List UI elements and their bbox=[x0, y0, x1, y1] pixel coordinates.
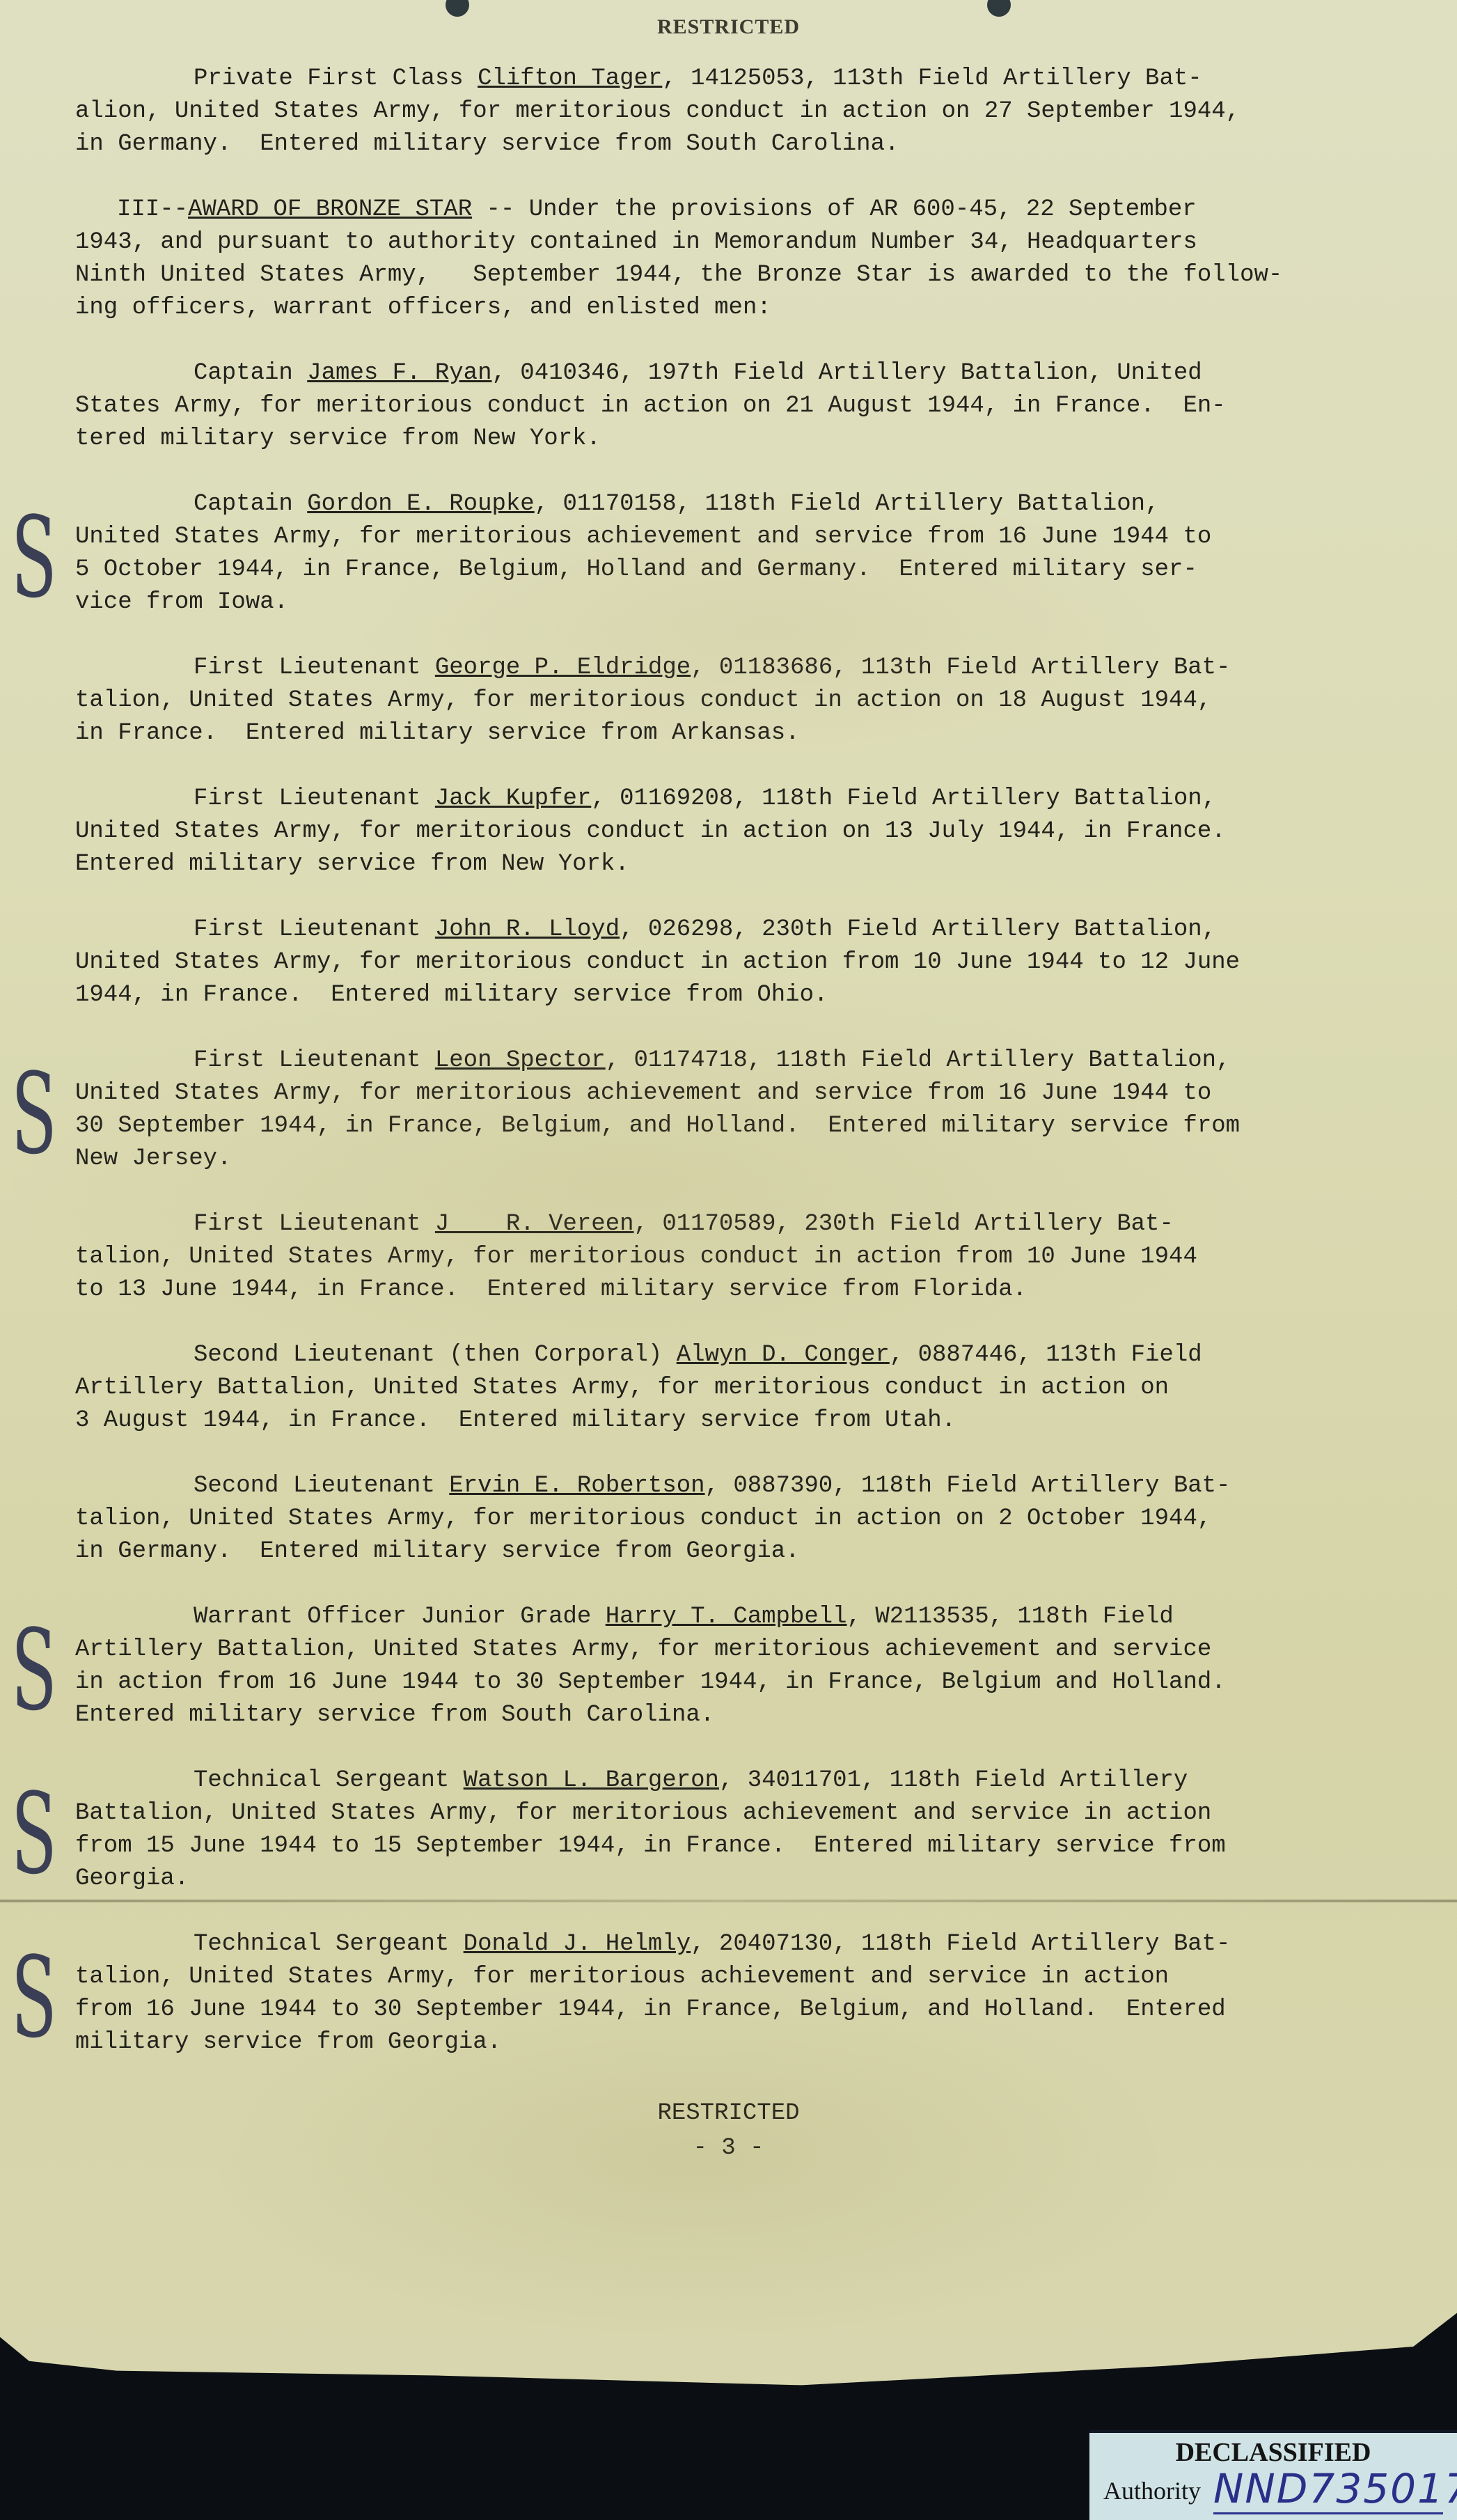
recipient-name: Leon Spector bbox=[435, 1047, 606, 1074]
citation-paragraph: First Lieutenant Jack Kupfer, 01169208, … bbox=[75, 783, 1384, 881]
citation-paragraph: Private First Class Clifton Tager, 14125… bbox=[75, 63, 1384, 161]
recipient-name: Alwyn D. Conger bbox=[677, 1342, 890, 1368]
recipient-name: Clifton Tager bbox=[478, 65, 662, 92]
declassified-stamp: DECLASSIFIED Authority NND735017 bbox=[1089, 2430, 1457, 2520]
recipient-name: James F. Ryan bbox=[307, 360, 491, 386]
citation-paragraph: First Lieutenant Leon Spector, 01174718,… bbox=[75, 1044, 1384, 1175]
recipient-name: Harry T. Campbell bbox=[606, 1604, 847, 1630]
stamp-title: DECLASSIFIED bbox=[1089, 2437, 1457, 2468]
paper-fold-crease bbox=[0, 1900, 1457, 1902]
recipient-name: George P. Eldridge bbox=[435, 655, 691, 681]
citation-prefix: Captain bbox=[194, 360, 307, 386]
citation-paragraph: First Lieutenant George P. Eldridge, 011… bbox=[75, 652, 1384, 750]
handwritten-margin-mark: S bbox=[11, 1615, 45, 1726]
award-section-heading: III--AWARD OF BRONZE STAR -- Under the p… bbox=[75, 194, 1384, 324]
citation-prefix: Private First Class bbox=[194, 65, 478, 92]
recipient-name: Ervin E. Robertson bbox=[449, 1473, 704, 1499]
recipient-name: Gordon E. Roupke bbox=[307, 491, 534, 517]
recipient-name: Watson L. Bargeron bbox=[464, 1767, 719, 1794]
recipient-name: Donald J. Helmly bbox=[464, 1931, 691, 1957]
handwritten-margin-mark: S bbox=[11, 1058, 45, 1170]
citation-paragraph: First Lieutenant John R. Lloyd, 026298, … bbox=[75, 914, 1384, 1012]
recipient-name: J R. Vereen bbox=[435, 1211, 634, 1237]
citation-paragraph: Captain Gordon E. Roupke, 01170158, 118t… bbox=[75, 488, 1384, 619]
document-body: Private First Class Clifton Tager, 14125… bbox=[75, 63, 1384, 2092]
citation-paragraph: Technical Sergeant Donald J. Helmly, 204… bbox=[75, 1928, 1384, 2059]
citation-paragraph: Warrant Officer Junior Grade Harry T. Ca… bbox=[75, 1601, 1384, 1732]
citation-prefix: Technical Sergeant bbox=[194, 1931, 464, 1957]
binding-hole bbox=[987, 0, 1011, 17]
citation-prefix: First Lieutenant bbox=[194, 1047, 435, 1074]
page-footer: RESTRICTED - 3 - bbox=[0, 2096, 1457, 2166]
citation-prefix: Captain bbox=[194, 491, 307, 517]
stamp-authority-label: Authority bbox=[1103, 2476, 1201, 2505]
handwritten-margin-mark: S bbox=[11, 502, 45, 613]
recipient-name: John R. Lloyd bbox=[435, 916, 620, 943]
stamp-authority-number: NND735017 bbox=[1213, 2465, 1443, 2514]
citation-prefix: First Lieutenant bbox=[194, 785, 435, 812]
document-page: RESTRICTED Private First Class Clifton T… bbox=[0, 0, 1457, 2409]
citation-prefix: Technical Sergeant bbox=[194, 1767, 464, 1794]
citation-paragraph: Second Lieutenant Ervin E. Robertson, 08… bbox=[75, 1470, 1384, 1568]
citation-prefix: First Lieutenant bbox=[194, 1211, 435, 1237]
citation-prefix: First Lieutenant bbox=[194, 655, 435, 681]
citation-prefix: First Lieutenant bbox=[194, 916, 435, 943]
binding-hole bbox=[446, 0, 469, 17]
recipient-name: Jack Kupfer bbox=[435, 785, 591, 812]
citation-prefix: Second Lieutenant bbox=[194, 1473, 449, 1499]
citation-prefix: Second Lieutenant (then Corporal) bbox=[194, 1342, 677, 1368]
handwritten-margin-mark: S bbox=[11, 1778, 45, 1890]
handwritten-margin-mark: S bbox=[11, 1942, 45, 2053]
page-number: - 3 - bbox=[0, 2131, 1457, 2166]
citation-paragraph: Technical Sergeant Watson L. Bargeron, 3… bbox=[75, 1764, 1384, 1895]
header-classification-marking: RESTRICTED bbox=[0, 15, 1457, 39]
award-title: AWARD OF BRONZE STAR bbox=[188, 196, 472, 223]
citation-prefix: III-- bbox=[117, 196, 188, 223]
footer-classification-marking: RESTRICTED bbox=[0, 2096, 1457, 2131]
citation-prefix: Warrant Officer Junior Grade bbox=[194, 1604, 606, 1630]
citation-paragraph: Captain James F. Ryan, 0410346, 197th Fi… bbox=[75, 357, 1384, 455]
citation-paragraph: First Lieutenant J R. Vereen, 01170589, … bbox=[75, 1208, 1384, 1306]
citation-paragraph: Second Lieutenant (then Corporal) Alwyn … bbox=[75, 1339, 1384, 1437]
